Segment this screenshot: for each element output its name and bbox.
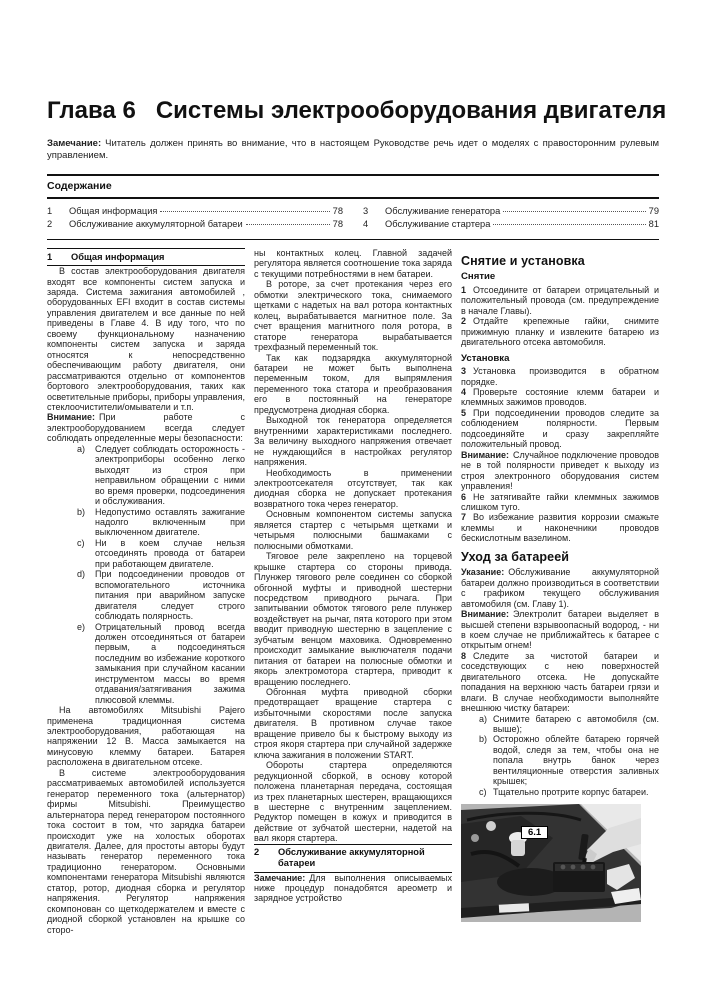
- section-number: 1: [47, 252, 71, 263]
- list-marker: c): [479, 787, 487, 797]
- paragraph: Внимание:Случайное подключение проводов …: [461, 450, 659, 492]
- lead-label: Внимание:: [461, 450, 509, 460]
- list-text: Снимите батарею с автомобиля (см. выше);: [493, 714, 659, 734]
- figure-label: 6.1: [521, 826, 548, 839]
- paragraph: Указание:Обслуживание аккумуляторной бат…: [461, 567, 659, 609]
- paragraph: Так как подзарядка аккумуляторной батаре…: [254, 353, 452, 416]
- toc-entry-number: 3: [363, 205, 385, 218]
- list-marker: a): [479, 714, 487, 724]
- paragraph: ны контактных колец. Главной задачей рег…: [254, 248, 452, 279]
- toc-entry-number: 4: [363, 218, 385, 231]
- subsection-heading: Уход за батареей: [461, 552, 659, 562]
- toc-column: 1Общая информация782Обслуживание аккумул…: [47, 205, 343, 230]
- step-number: 3: [461, 366, 466, 376]
- list-item: c)Ни в коем случае нельзя отсоединять пр…: [47, 538, 245, 569]
- list-item: b)Осторожно облейте батарею горячей водо…: [461, 734, 659, 786]
- toc-entry-page: 79: [649, 205, 659, 218]
- procedure-heading: Снятие: [461, 272, 659, 282]
- chapter-number: Глава 6: [47, 97, 136, 125]
- list-text: Следует соблюдать осторожность - электро…: [95, 444, 245, 506]
- text-column-1: 1Общая информацияВ состав электрооборудо…: [47, 248, 245, 996]
- list-item: a)Снимите батарею с автомобиля (см. выше…: [461, 714, 659, 735]
- lead-label: Внимание:: [47, 412, 95, 422]
- list-item: a)Следует соблюдать осторожность - элект…: [47, 444, 245, 507]
- chapter-title: Глава 6 Системы электрооборудования двиг…: [47, 97, 659, 125]
- toc-dot-leader: [160, 211, 329, 212]
- step-number: 8: [461, 651, 466, 661]
- step-number: 1: [461, 285, 466, 295]
- paragraph: Внимание:Электролит батареи выделяет в в…: [461, 609, 659, 651]
- toc-entry-title: Обслуживание генератора: [385, 205, 500, 218]
- toc-entry: 1Общая информация78: [47, 205, 343, 218]
- lead-label: Внимание:: [461, 609, 509, 619]
- step-number: 2: [461, 316, 466, 326]
- step-paragraph: 1Отсоедините от батареи отрицательный и …: [461, 285, 659, 316]
- list-text: Недопустимо оставлять зажигание надолго …: [95, 507, 245, 538]
- figure-6-1: 6.1: [461, 804, 641, 922]
- section-header: 1Общая информация: [47, 248, 245, 266]
- list-text: Отрицательный провод всегда должен отсое…: [95, 622, 245, 705]
- list-text: Ни в коем случае нельзя отсоединять пров…: [95, 538, 245, 569]
- divider: [47, 239, 659, 240]
- list-text: При подсоединении проводов от вспомогате…: [95, 569, 245, 621]
- paragraph: Необходимость в применении электроотсека…: [254, 468, 452, 510]
- step-paragraph: 2Отдайте крепежные гайки, снимите прижим…: [461, 316, 659, 347]
- toc-entry-number: 1: [47, 205, 69, 218]
- paragraph: Обгонная муфта приводной сборки предотвр…: [254, 687, 452, 760]
- list-item: b)Недопустимо оставлять зажигание надолг…: [47, 507, 245, 538]
- list-item: d)При подсоединении проводов от вспомога…: [47, 569, 245, 621]
- section-number: 2: [254, 847, 278, 868]
- step-paragraph: 3Установка производится в обратном поряд…: [461, 366, 659, 387]
- list-marker: c): [77, 538, 85, 548]
- chapter-name: Системы электрооборудования двигателя: [156, 97, 666, 125]
- toc-column: 3Обслуживание генератора794Обслуживание …: [363, 205, 659, 230]
- note-text: Читатель должен принять во внимание, что…: [47, 138, 659, 161]
- manual-page: Глава 6 Системы электрооборудования двиг…: [0, 0, 706, 1000]
- toc-entry-page: 78: [333, 205, 343, 218]
- note-label: Замечание:: [47, 138, 101, 149]
- chapter-note: Замечание:Читатель должен принять во вни…: [47, 138, 659, 162]
- body-columns: 1Общая информацияВ состав электрооборудо…: [47, 248, 659, 996]
- paragraph: В системе электрооборудования рассматрив…: [47, 768, 245, 935]
- contents-heading: Содержание: [47, 176, 659, 195]
- paragraph: Обороты стартера определяются редукционн…: [254, 760, 452, 844]
- toc-entry-title: Общая информация: [69, 205, 157, 218]
- step-paragraph: 8Следите за чистотой батареи и соседству…: [461, 651, 659, 714]
- list-marker: e): [77, 622, 85, 632]
- toc-entry: 3Обслуживание генератора79: [363, 205, 659, 218]
- toc-dot-leader: [503, 211, 645, 212]
- list-item: c)Тщательно протрите корпус батареи.: [461, 787, 659, 797]
- list-text: Осторожно облейте батарею горячей водой,…: [493, 734, 659, 786]
- table-of-contents: 1Общая информация782Обслуживание аккумул…: [47, 199, 659, 239]
- paragraph: Внимание:При работе с электрооборудовани…: [47, 412, 245, 443]
- page-content: Глава 6 Системы электрооборудования двиг…: [47, 0, 659, 996]
- lead-label: Замечание:: [254, 873, 305, 883]
- lead-label: Указание:: [461, 567, 504, 577]
- step-paragraph: 5При подсоединении проводов следите за с…: [461, 408, 659, 450]
- step-number: 7: [461, 512, 466, 522]
- list-marker: b): [479, 734, 487, 744]
- subsection-heading: Снятие и установка: [461, 256, 659, 266]
- section-title: Общая информация: [71, 252, 245, 263]
- paragraph: На автомобилях Mitsubishi Pajero примене…: [47, 705, 245, 768]
- list-marker: b): [77, 507, 85, 517]
- step-paragraph: 6Не затягивайте гайки клеммных зажимов с…: [461, 492, 659, 513]
- section-header: 2Обслуживание аккумуляторной батареи: [254, 844, 452, 873]
- toc-entry-page: 81: [649, 218, 659, 231]
- toc-dot-leader: [246, 224, 330, 225]
- section-title: Обслуживание аккумуляторной батареи: [278, 847, 452, 868]
- list-text: Тщательно протрите корпус батареи.: [493, 787, 648, 797]
- paragraph: В состав электрооборудования двигателя в…: [47, 266, 245, 412]
- engine-bay-photo: [461, 804, 641, 922]
- step-number: 6: [461, 492, 466, 502]
- toc-entry-title: Обслуживание стартера: [385, 218, 490, 231]
- toc-entry-page: 78: [333, 218, 343, 231]
- paragraph: Замечание:Для выполнения описываемых ниж…: [254, 873, 452, 904]
- text-column-3: Снятие и установкаСнятие1Отсоедините от …: [461, 248, 659, 996]
- list-marker: d): [77, 569, 85, 579]
- list-item: e)Отрицательный провод всегда должен отс…: [47, 622, 245, 706]
- procedure-heading: Установка: [461, 354, 659, 364]
- toc-entry: 2Обслуживание аккумуляторной батареи78: [47, 218, 343, 231]
- step-paragraph: 4Проверьте состояние клемм батареи и кле…: [461, 387, 659, 408]
- toc-entry-number: 2: [47, 218, 69, 231]
- text-column-2: ны контактных колец. Главной задачей рег…: [254, 248, 452, 996]
- toc-dot-leader: [493, 224, 645, 225]
- toc-entry-title: Обслуживание аккумуляторной батареи: [69, 218, 243, 231]
- paragraph: Выходной ток генератора определяется вну…: [254, 415, 452, 467]
- paragraph: Основным компонентом системы запуска явл…: [254, 509, 452, 551]
- paragraph: В роторе, за счет протекания через его о…: [254, 279, 452, 352]
- step-paragraph: 7Во избежание развития коррозии смажьте …: [461, 512, 659, 543]
- step-number: 4: [461, 387, 466, 397]
- step-number: 5: [461, 408, 466, 418]
- toc-entry: 4Обслуживание стартера81: [363, 218, 659, 231]
- list-marker: a): [77, 444, 85, 454]
- paragraph: Тяговое реле закреплено на торцевой крыш…: [254, 551, 452, 687]
